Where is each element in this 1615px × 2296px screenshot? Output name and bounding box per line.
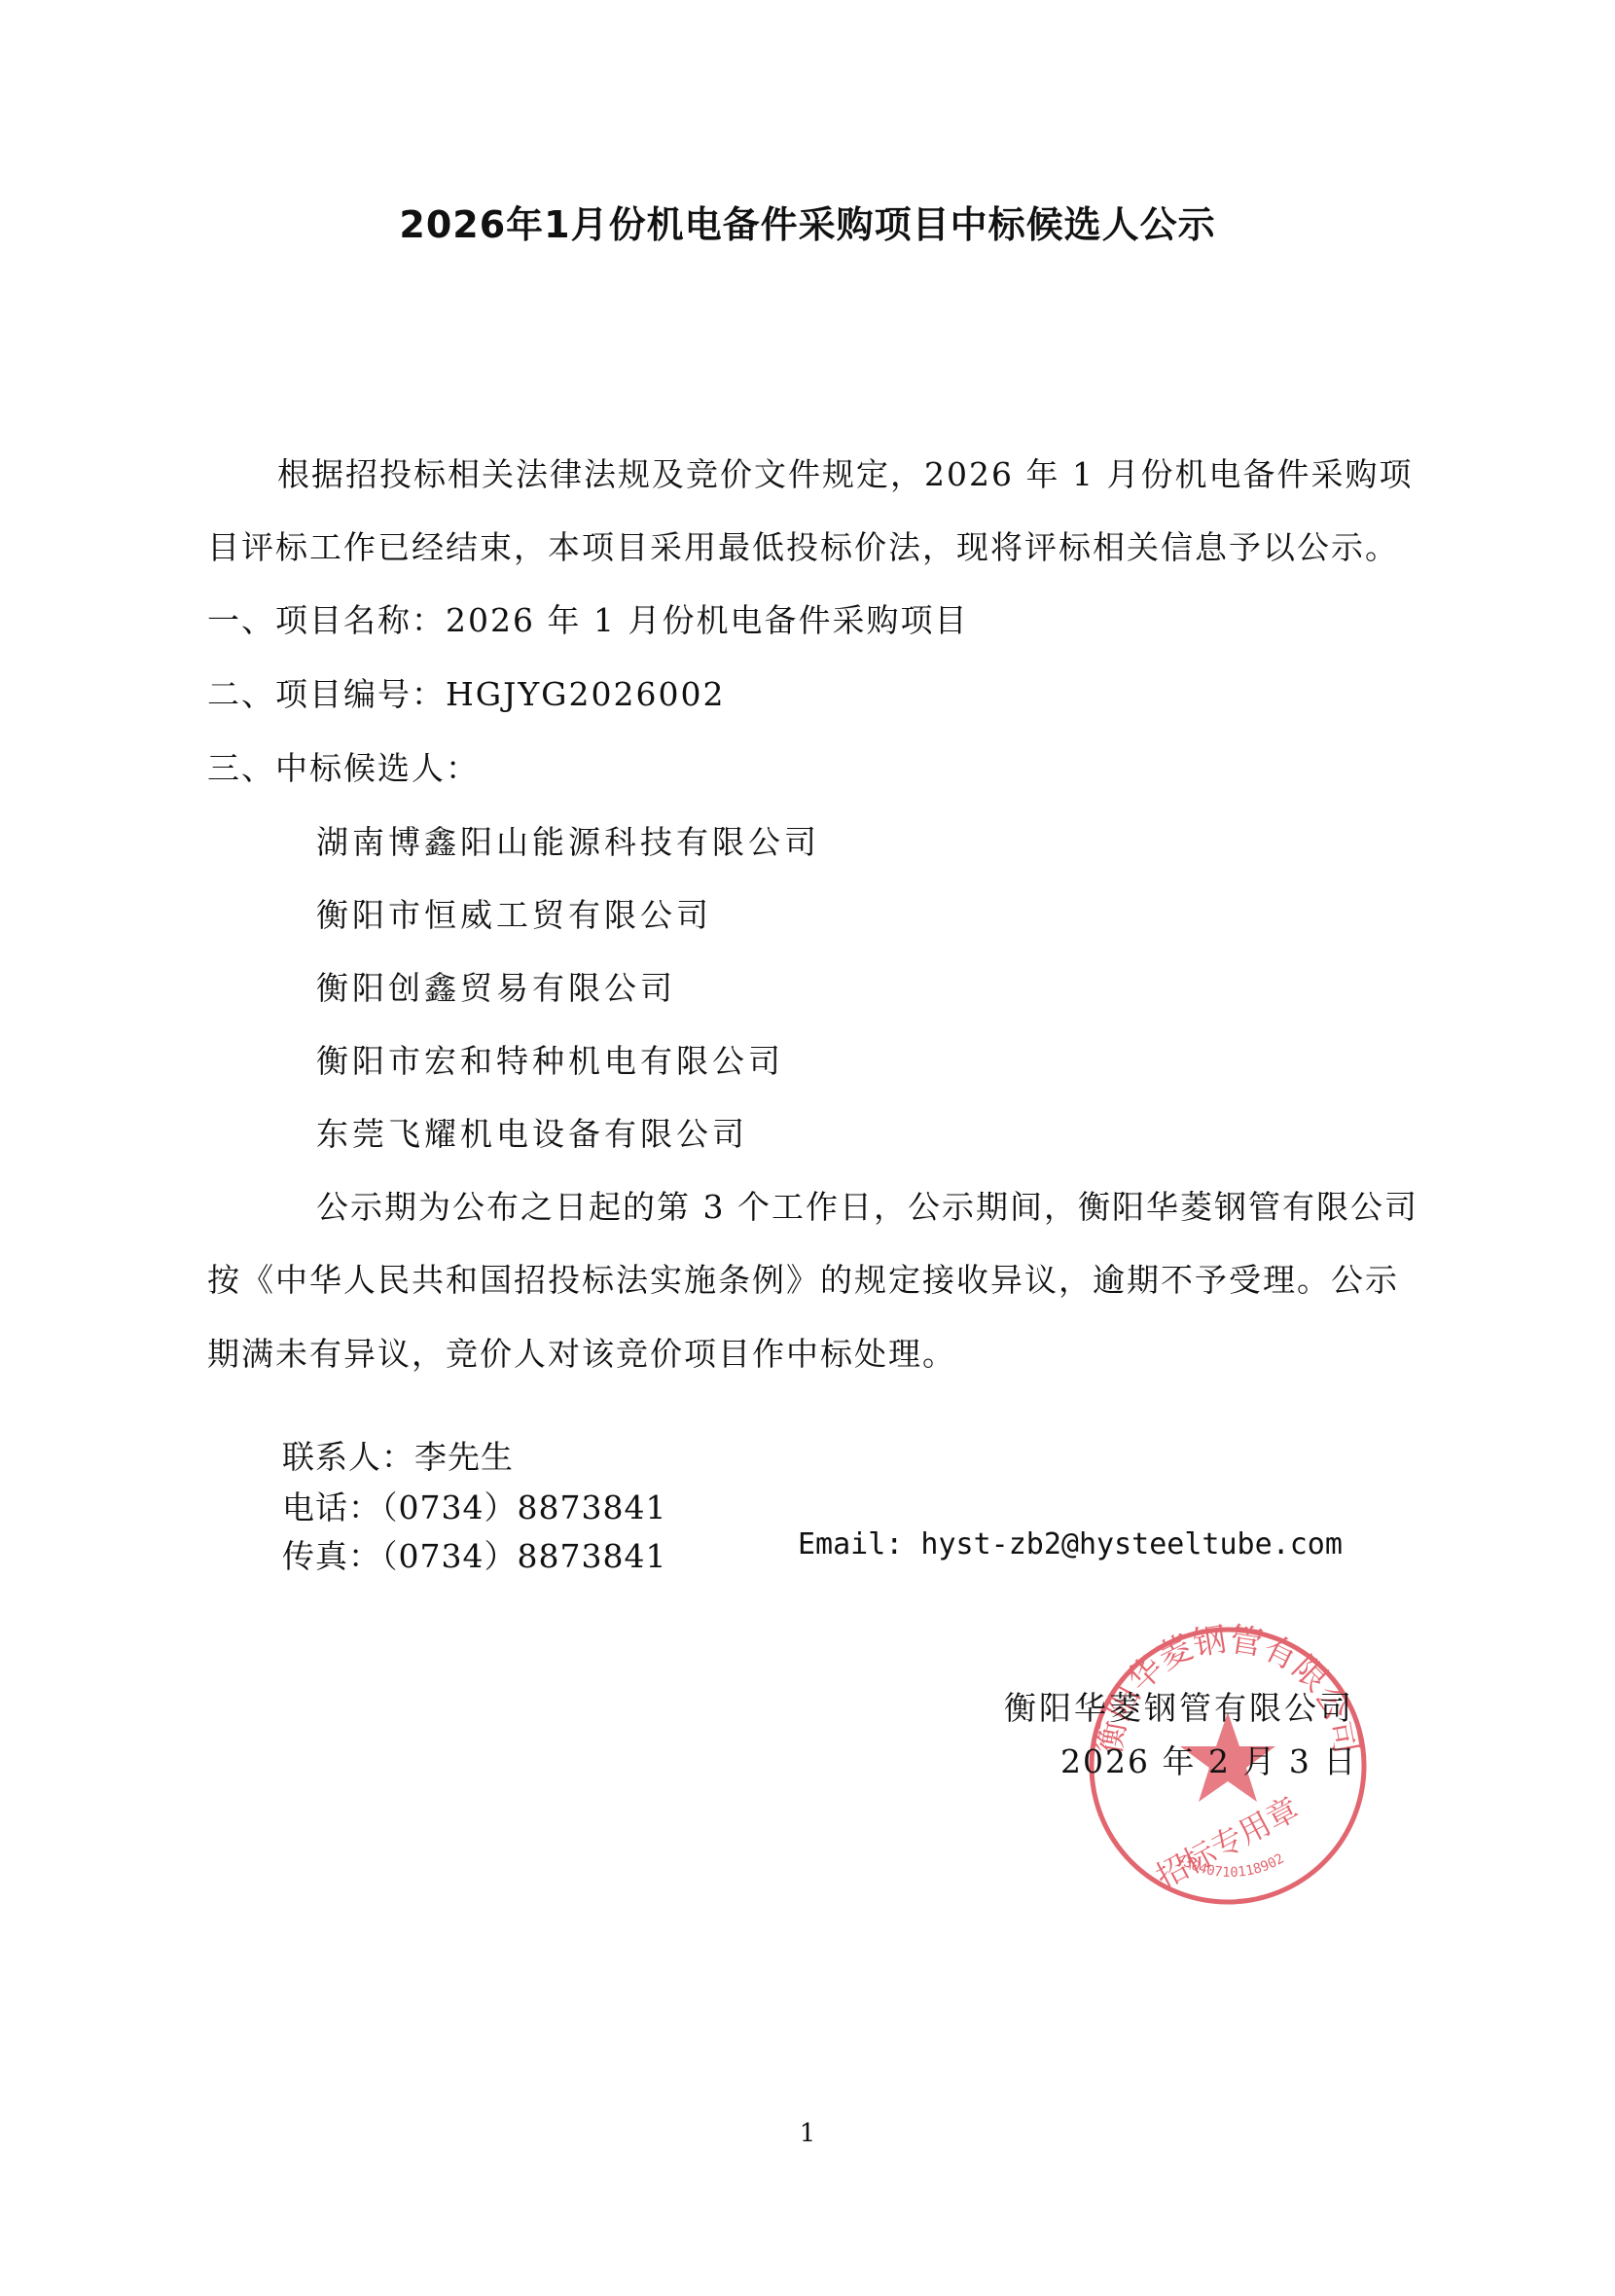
notice-line-1: 公示期为公布之日起的第 3 个工作日，公示期间，衡阳华菱钢管有限公司 [316,1182,1418,1228]
issue-date: 2026 年 2 月 3 日 [1060,1737,1357,1782]
signer-company: 衡阳华菱钢管有限公司 [1004,1683,1354,1729]
project-number-row: 二、项目编号：HGJYG2026002 [207,669,725,715]
intro-line-2: 目评标工作已经结束，本项目采用最低投标价法，现将评标相关信息予以公示。 [207,522,1399,568]
svg-text:4304071011890​2: 4304071011890​2 [1173,1850,1286,1881]
notice-line-2: 按《中华人民共和国招投标法实施条例》的规定接收异议，逾期不予受理。公示 [207,1255,1399,1301]
project-name-row: 一、项目名称：2026 年 1 月份机电备件采购项目 [207,595,968,641]
document-page: 2026年1月份机电备件采购项目中标候选人公示 根据招投标相关法律法规及竞价文件… [0,0,1615,2296]
contact-fax: 传真：（0734）8873841 [282,1531,666,1577]
candidate-item: 衡阳创鑫贸易有限公司 [316,963,676,1009]
project-name-value: 2026 年 1 月份机电备件采购项目 [446,601,968,639]
project-name-label: 一、项目名称： [207,601,446,639]
contact-person: 联系人：李先生 [282,1432,514,1478]
intro-line-1: 根据招投标相关法律法规及竞价文件规定，2026 年 1 月份机电备件采购项 [277,449,1413,495]
svg-text:招标专用章: 招标专用章 [1150,1790,1305,1896]
page-title: 2026年1月份机电备件采购项目中标候选人公示 [0,195,1615,248]
candidate-item: 东莞飞耀机电设备有限公司 [316,1109,748,1155]
contact-email: Email: hyst-zb2@hysteeltube.com [798,1527,1343,1561]
notice-line-3: 期满未有异议，竞价人对该竞价项目作中标处理。 [207,1329,956,1375]
project-number-value: HGJYG2026002 [446,675,725,713]
candidate-item: 湖南博鑫阳山能源科技有限公司 [316,817,820,863]
candidate-item: 衡阳市宏和特种机电有限公司 [316,1036,784,1082]
contact-phone: 电话：（0734）8873841 [282,1483,666,1528]
candidates-label: 三、中标候选人： [207,749,480,787]
project-number-label: 二、项目编号： [207,675,446,713]
candidates-heading: 三、中标候选人： [207,743,480,789]
page-number: 1 [0,2119,1615,2148]
candidate-item: 衡阳市恒威工贸有限公司 [316,890,712,936]
